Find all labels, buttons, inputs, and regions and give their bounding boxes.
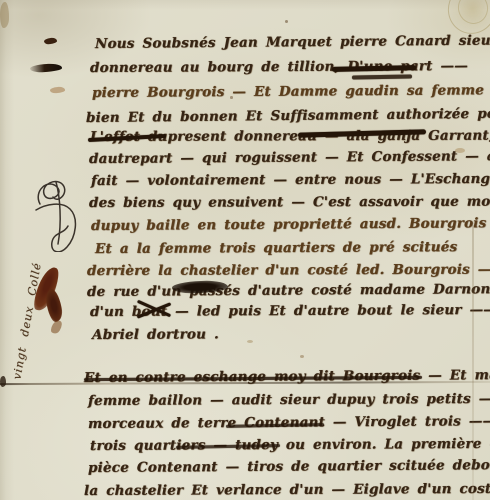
margin-ink-dash (44, 37, 58, 44)
manuscript-line: trois quartiers — tudey ou environ. La p… (90, 436, 490, 455)
foxing-speck (247, 340, 253, 343)
notary-paraph-flourish (26, 170, 84, 252)
foxing-speck (455, 148, 465, 153)
manuscript-line: Abriel dortrou . (92, 326, 219, 344)
manuscript-line: pierre Bourgrois — Et Damme gaudin sa fe… (92, 82, 490, 102)
manuscript-line: des biens quy ensuivent — C'est assavoir… (89, 193, 490, 212)
manuscript-page: Nous Soubsnés Jean Marquet pierre Canard… (0, 0, 490, 500)
ink-strikethrough (352, 74, 412, 79)
foxing-speck (285, 20, 288, 23)
red-ink-blot (44, 288, 65, 323)
edge-smudge (0, 2, 9, 28)
manuscript-line: Nous Soubsnés Jean Marquet pierre Canard… (95, 32, 490, 53)
manuscript-line: derrière la chastelier d'un costé led. B… (87, 262, 490, 280)
margin-ink-dash (30, 63, 62, 73)
crease-edge-mark (0, 376, 6, 387)
ink-speck (49, 319, 64, 336)
margin-smudge (50, 86, 65, 93)
manuscript-line: fait — volontairement — entre nous — L'E… (91, 171, 490, 190)
manuscript-line: dupuy baille en toute proprietté ausd. B… (91, 215, 490, 235)
manuscript-line: pièce Contenant — tiros de quartier scit… (88, 457, 490, 477)
manuscript-line: la chastelier Et verlance d'un — Eiglave… (84, 481, 490, 500)
manuscript-line: de rue d'un passés d'autre costé madame … (87, 281, 490, 301)
manuscript-line: dautrepart — qui roguissent — Et Confess… (89, 148, 490, 168)
manuscript-line: bien Et du bonnen Et Suffisamment author… (86, 105, 490, 127)
foxing-speck (230, 96, 233, 99)
vertical-fold-crease (472, 225, 474, 500)
manuscript-line: femme baillon — audit sieur dupuy trois … (88, 391, 490, 410)
foxing-speck (300, 355, 304, 358)
manuscript-line: Et a la femme trois quartiers de pré sci… (95, 239, 457, 258)
